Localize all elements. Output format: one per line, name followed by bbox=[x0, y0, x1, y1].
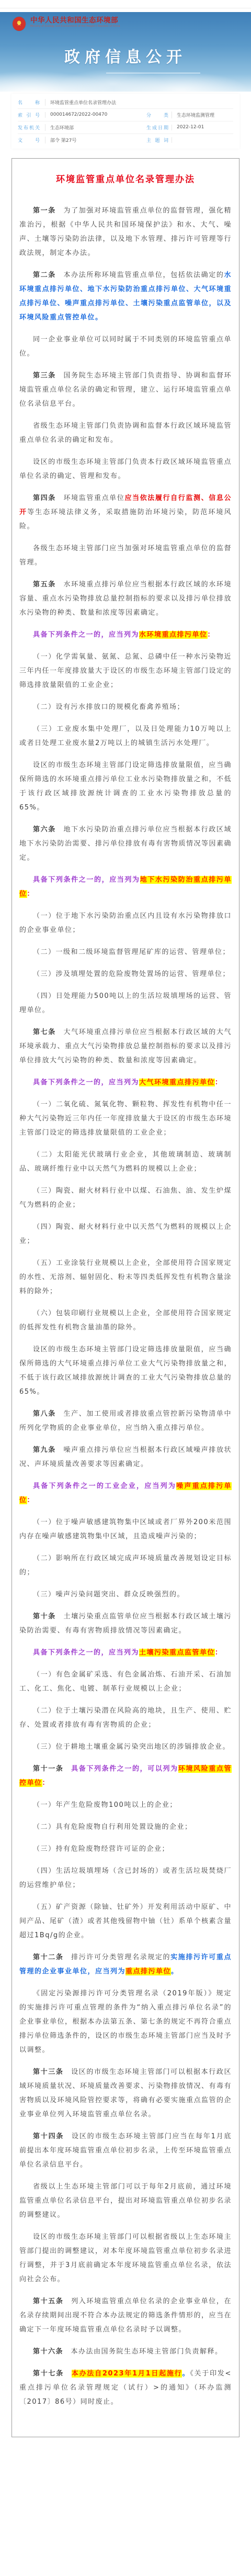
meta-value: 000014672/2022-00470 bbox=[45, 112, 142, 118]
article-paragraph: （二）位于土壤污染潜在风险高的地块，且生产、使用、贮存、处置或者排放有毒有害物质… bbox=[19, 1704, 232, 1732]
text-segment: 环境监管重点单位 bbox=[56, 494, 125, 502]
text-segment: （二）影响所在行政区域完成声环境质量改善规划设定目标的； bbox=[19, 1555, 232, 1576]
article-paragraph: 第十七条 本办法自2023年1月1日起施行。《关于印发<重点排污单位名录管理规定… bbox=[19, 2367, 232, 2409]
text-segment: ： bbox=[42, 1779, 50, 1787]
text-segment: ： bbox=[27, 1496, 35, 1504]
article-paragraph: 具备下列条件之一的工业企业，应当列为噪声重点排污单位： bbox=[19, 1479, 232, 1507]
article-box: 环境监管重点单位名录管理办法 第一条 为了加强对环境监管重点单位的监督管理，强化… bbox=[12, 158, 239, 2437]
text-segment: 具备下列条件之一的，可以列为 bbox=[63, 1765, 178, 1773]
text-segment: 第二条 bbox=[33, 271, 56, 279]
text-segment: 设区的市级生态环境主管部门设定筛选排放量限值，应当确保所筛选的大气环境重点排污单… bbox=[19, 1346, 232, 1396]
meta-row: 发布机关生态环境部生成日期2022-12-01 bbox=[18, 121, 233, 134]
ministry-name-block: 中华人民共和国生态环境部 Ministry of Ecology and Env… bbox=[30, 17, 120, 28]
text-segment: （四）日处理能力500吨以上的生活垃圾填埋场的运营、管理单位。 bbox=[19, 992, 232, 1014]
text-segment: 第十条 bbox=[33, 1613, 56, 1620]
text-segment: 第十一条 bbox=[33, 1765, 63, 1773]
text-segment: 同一企业事业单位可以同时属于不同类别的环境监管重点单位。 bbox=[19, 336, 232, 358]
meta-value: 生态环境监测管理 bbox=[172, 112, 233, 118]
article-paragraph: （六）包装印刷行业规模以上企业，全部使用符合国家规定的低挥发性有机物含量油墨的除… bbox=[19, 1306, 232, 1335]
meta-value bbox=[172, 137, 233, 143]
article-paragraph: 第八条 生产、加工使用或者排放重点管控新污染物清单中所列化学物质的企业事业单位，… bbox=[19, 1407, 232, 1435]
text-segment bbox=[64, 2370, 72, 2378]
text-segment: 设区的市级生态环境主管部门可以根据省级以上生态环境主管部门提出的调整建议，对本年… bbox=[19, 2233, 232, 2283]
text-segment: 第四条 bbox=[33, 494, 56, 502]
text-segment: （一）二氧化硫、氮氧化物、颗粒物、挥发性有机物中任一种大气污染物近三年内任一年度… bbox=[19, 1101, 232, 1137]
meta-row: 文号部令 第27号主题词 bbox=[18, 134, 233, 146]
text-segment: 第八条 bbox=[33, 1410, 56, 1418]
meta-value: 部令 第27号 bbox=[45, 137, 142, 143]
article-paragraph: （二）影响所在行政区域完成声环境质量改善规划设定目标的； bbox=[19, 1551, 232, 1580]
meta-label: 名称 bbox=[18, 99, 40, 106]
text-segment: 第一条 bbox=[33, 207, 56, 215]
text-segment: 具备下列条件之一的，应当列为 bbox=[33, 1649, 139, 1657]
text-segment: （一）位于噪声敏感建筑物集中区域或者厂界外200米范围内存在噪声敏感建筑物集中区… bbox=[19, 1518, 232, 1540]
text-segment: 本办法所称环境监管重点单位，包括依法确定的 bbox=[56, 271, 224, 279]
meta-row: 名称环境监管重点单位名录管理办法 bbox=[18, 96, 233, 109]
meta-value: 环境监管重点单位名录管理办法 bbox=[45, 99, 233, 106]
text-segment: （三）陶瓷、耐火材料行业中以煤、石油焦、油、发生炉煤气为燃料的企业； bbox=[19, 1187, 232, 1209]
text-segment: 土壤污染重点监管单位 bbox=[139, 1649, 215, 1657]
text-segment: （一）年产生危险废物100吨以上的企业； bbox=[33, 1801, 177, 1809]
text-segment: （二）太阳能光伏玻璃行业企业，其他玻璃制造、玻璃制品、玻璃纤维行业中以天然气为燃… bbox=[19, 1151, 232, 1173]
article-paragraph: 具备下列条件之一的，应当列为地下水污染防治重点排污单位： bbox=[19, 873, 232, 901]
text-segment: 。 bbox=[182, 2370, 190, 2378]
article-paragraph: （三）持有危险废物经营许可证的企业； bbox=[19, 1842, 232, 1856]
article-paragraph: 同一企业事业单位可以同时属于不同类别的环境监管重点单位。 bbox=[19, 332, 232, 361]
text-segment: 第五条 bbox=[33, 581, 56, 589]
article-paragraph: 第十条 土壤污染重点监管单位应当根据本行政区域土壤污染防治需要、有毒有害物质排放… bbox=[19, 1609, 232, 1638]
text-segment: 省级生态环境主管部门负责协调和监督本行政区域环境监管重点单位名录的确定和发布。 bbox=[19, 422, 232, 444]
text-segment: 第六条 bbox=[33, 826, 56, 834]
article-paragraph: 第七条 大气环境重点排污单位应当根据本行政区域的大气环境承载力、重点大气污染物排… bbox=[19, 1025, 232, 1068]
meta-label: 生成日期 bbox=[146, 124, 168, 131]
text-segment: 第十四条 bbox=[33, 2133, 64, 2140]
article-paragraph: 《固定污染源排污许可分类管理名录（2019年版）》规定的实施排污许可重点管理的条… bbox=[19, 1986, 232, 2057]
text-segment: 第三条 bbox=[33, 372, 56, 380]
text-segment: （二）设有污水排放口的规模化畜禽养殖场； bbox=[33, 703, 185, 711]
article-paragraph: 第一条 为了加强对环境监管重点单位的监督管理，强化精准治污，根据《中华人民共和国… bbox=[19, 204, 232, 260]
article-paragraph: 第四条 环境监管重点单位应当依法履行自行监测、信息公开等生态环境法律义务，采取措… bbox=[19, 491, 232, 534]
article-paragraph: （二）设有污水排放口的规模化畜禽养殖场； bbox=[19, 700, 232, 714]
text-segment: 设区的市级生态环境主管部门负责本行政区域环境监管重点单位名录的确定、管理和发布。 bbox=[19, 458, 232, 480]
text-segment: 具备下列条件之一的，应当列为 bbox=[33, 1079, 139, 1086]
text-segment: 本办法自2023年1月1日起施行 bbox=[72, 2370, 182, 2378]
text-segment: 第十七条 bbox=[33, 2370, 64, 2378]
text-segment: （四）陶瓷、耐火材料行业中以天然气为燃料的规模以上企业； bbox=[19, 1223, 232, 1245]
article-paragraph: （一）化学需氧量、氨氮、总氮、总磷中任一种水污染物近三年内任一年度排放量大于设区… bbox=[19, 650, 232, 692]
text-segment: （二）具有危险废物自行利用处置设施的企业； bbox=[33, 1823, 192, 1831]
article-paragraph: （五）工业涂装行业规模以上企业，全部使用符合国家规定的水性、无溶剂、辐射固化、粉… bbox=[19, 1256, 232, 1298]
article-paragraph: （一）年产生危险废物100吨以上的企业； bbox=[19, 1798, 232, 1812]
text-segment: （三）工业废水集中处理厂，以及日处理能力10万吨以上或者日处理工业废水量2万吨以… bbox=[19, 725, 232, 747]
text-segment: 排污许可分类管理名录规定的 bbox=[63, 1953, 170, 1961]
meta-row: 索引号000014672/2022-00470分类生态环境监测管理 bbox=[18, 109, 233, 121]
text-segment: （一）化学需氧量、氨氮、总氮、总磷中任一种水污染物近三年内任一年度排放量大于设区… bbox=[19, 653, 232, 689]
article-paragraph: 第九条 噪声重点排污单位应当根据本行政区域噪声排放状况、声环境质量改善要求等因素… bbox=[19, 1443, 232, 1471]
article-paragraph: 具备下列条件之一的，应当列为大气环境重点排污单位： bbox=[19, 1075, 232, 1090]
bottom-spacer bbox=[0, 2437, 251, 2461]
text-segment: 各级生态环境主管部门应当加强对环境监管重点单位的监督管理。 bbox=[19, 545, 232, 567]
article-paragraph: （一）位于噪声敏感建筑物集中区域或者厂界外200米范围内存在噪声敏感建筑物集中区… bbox=[19, 1515, 232, 1544]
text-segment: 。 bbox=[171, 1968, 179, 1975]
article-paragraph: （四）陶瓷、耐火材料行业中以天然气为燃料的规模以上企业； bbox=[19, 1220, 232, 1248]
text-segment: 第十二条 bbox=[33, 1953, 63, 1961]
text-segment: （五）矿产资源（除铀、钍矿外）开发利用活动中原矿、中间产品、尾矿（渣）或者其他残… bbox=[19, 1903, 232, 1939]
meta-label: 发布机关 bbox=[18, 124, 40, 131]
article-paragraph: （一）位于地下水污染防治重点区内且设有水污染物排放口的企业事业单位； bbox=[19, 909, 232, 937]
text-segment: 具备下列条件之一的，应当列为 bbox=[33, 876, 140, 884]
text-segment: 本办法由国务院生态环境主管部门负责解释。 bbox=[63, 2348, 223, 2356]
text-segment: （三）持有危险废物经营许可证的企业； bbox=[33, 1845, 169, 1853]
top-divider-line bbox=[0, 8, 251, 8]
text-segment: ： bbox=[208, 631, 215, 639]
article-paragraph: （三）涉及填埋处置的危险废物处置场的运营、管理单位； bbox=[19, 967, 232, 981]
text-segment: 水环境重点排污单位 bbox=[139, 631, 208, 639]
meta-label: 分类 bbox=[146, 112, 168, 118]
banner-title: 政府信息公开 bbox=[0, 44, 251, 67]
article-paragraph: （三）位于耕地土壤重金属污染突出地区的涉镉排放企业。 bbox=[19, 1740, 232, 1754]
text-segment: 第九条 bbox=[33, 1446, 56, 1454]
article-paragraph: 设区的市级生态环境主管部门设定筛选排放量限值，应当确保所筛选的水环境重点排污单位… bbox=[19, 758, 232, 815]
text-segment: ： bbox=[215, 1079, 223, 1086]
article-paragraph: （四）日处理能力500吨以上的生活垃圾填埋场的运营、管理单位。 bbox=[19, 989, 232, 1017]
text-segment: （三）位于耕地土壤重金属污染突出地区的涉镉排放企业。 bbox=[33, 1743, 230, 1751]
article-paragraph: （二）具有危险废物自行利用处置设施的企业； bbox=[19, 1820, 232, 1834]
text-segment: 《固定污染源排污许可分类管理名录（2019年版）》规定的实施排污许可重点管理的条… bbox=[19, 1990, 232, 2054]
text-segment: （四）生活垃圾填埋场（含已封场的）或者生活垃圾焚烧厂的运营维护单位； bbox=[19, 1867, 232, 1889]
text-segment: （五）工业涂装行业规模以上企业，全部使用符合国家规定的水性、无溶剂、辐射固化、粉… bbox=[19, 1259, 232, 1295]
article-paragraph: 设区的市级生态环境主管部门可以根据省级以上生态环境主管部门提出的调整建议，对本年… bbox=[19, 2230, 232, 2286]
article-paragraph: 各级生态环境主管部门应当加强对环境监管重点单位的监督管理。 bbox=[19, 541, 232, 570]
article-paragraph: 设区的市级生态环境主管部门负责本行政区域环境监管重点单位名录的确定、管理和发布。 bbox=[19, 455, 232, 483]
text-segment: 第十三条 bbox=[33, 2068, 63, 2076]
article-paragraph: 第十三条 设区的市级生态环境主管部门可以根据本行政区域环境质量状况、环境质量改善… bbox=[19, 2065, 232, 2122]
text-segment: 第七条 bbox=[33, 1028, 56, 1036]
text-segment: 等生态环境法律义务，采取措施防治环境污染，防范环境风险。 bbox=[19, 508, 232, 530]
text-segment: 第十五条 bbox=[33, 2297, 63, 2305]
text-segment: 具备下列条件之一的，应当列为 bbox=[33, 631, 139, 639]
text-segment: （一）有色金属矿采选、有色金属冶炼、石油开采、石油加工、化工、焦化、电镀、制革行… bbox=[19, 1671, 232, 1693]
article-paragraph: 第二条 本办法所称环境监管重点单位，包括依法确定的水环境重点排污单位、地下水污染… bbox=[19, 268, 232, 325]
text-segment: ： bbox=[27, 890, 35, 898]
text-segment: 大气环境重点排污单位 bbox=[139, 1079, 215, 1086]
article-paragraph: 第六条 地下水污染防治重点排污单位应当根据本行政区域地下水污染防治需要、排污单位… bbox=[19, 823, 232, 865]
article-title: 环境监管重点单位名录管理办法 bbox=[19, 173, 232, 186]
article-paragraph: 第十二条 排污许可分类管理名录规定的实施排污许可重点管理的企业事业单位，应当列为… bbox=[19, 1950, 232, 1979]
article-paragraph: （一）二氧化硫、氮氧化物、颗粒物、挥发性有机物中任一种大气污染物近三年内任一年度… bbox=[19, 1097, 232, 1140]
site-banner: ★ 中华人民共和国生态环境部 Ministry of Ecology and E… bbox=[0, 12, 251, 92]
meta-table: 名称环境监管重点单位名录管理办法索引号000014672/2022-00470分… bbox=[12, 94, 239, 149]
article-paragraph: （三）陶瓷、耐火材料行业中以煤、石油焦、油、发生炉煤气为燃料的企业； bbox=[19, 1184, 232, 1212]
article-paragraph: （二）一级和二级环境监督管理尾矿库的运营、管理单位； bbox=[19, 945, 232, 959]
article-paragraph: 第三条 国务院生态环境主管部门负责指导、协调和监督环境监管重点单位名录的确定和管… bbox=[19, 369, 232, 411]
article-paragraph: （五）矿产资源（除铀、钍矿外）开发利用活动中原矿、中间产品、尾矿（渣）或者其他残… bbox=[19, 1900, 232, 1942]
ministry-name-en: Ministry of Ecology and Environment of t… bbox=[30, 25, 120, 28]
article-paragraph: 设区的市级生态环境主管部门设定筛选排放量限值，应当确保所筛选的大气环境重点排污单… bbox=[19, 1342, 232, 1399]
meta-label: 文号 bbox=[18, 137, 40, 143]
article-paragraph: 具备下列条件之一的，应当列为土壤污染重点监管单位： bbox=[19, 1646, 232, 1660]
text-segment: （二）一级和二级环境监督管理尾矿库的运营、管理单位； bbox=[33, 948, 230, 956]
article-paragraph: 第五条 水环境重点排污单位应当根据本行政区域的水环境容量、重点水污染物排放总量控… bbox=[19, 578, 232, 620]
article-paragraph: 第十一条 具备下列条件之一的，可以列为环境风险重点管控单位： bbox=[19, 1762, 232, 1790]
article-paragraph: （三）噪声污染问题突出、群众反映强烈的。 bbox=[19, 1587, 232, 1602]
text-segment: 具备下列条件之一的工业企业，应当列为 bbox=[33, 1482, 176, 1490]
meta-value: 2022-12-01 bbox=[172, 125, 233, 130]
text-segment: （六）包装印刷行业规模以上企业，全部使用符合国家规定的低挥发性有机物含量油墨的除… bbox=[19, 1309, 232, 1331]
article-paragraph: 第十四条 设区的市级生态环境主管部门应当在每年1月底前提出本年度环境监管重点单位… bbox=[19, 2129, 232, 2172]
meta-label: 主题词 bbox=[146, 137, 168, 143]
article-paragraph: 第十六条 本办法由国务院生态环境主管部门负责解释。 bbox=[19, 2345, 232, 2359]
banner-underline bbox=[106, 73, 200, 73]
text-segment: （一）位于地下水污染防治重点区内且设有水污染物排放口的企业事业单位； bbox=[19, 912, 232, 934]
site-logo[interactable]: ★ 中华人民共和国生态环境部 Ministry of Ecology and E… bbox=[0, 12, 251, 31]
article-paragraph: （二）太阳能光伏玻璃行业企业，其他玻璃制造、玻璃制品、玻璃纤维行业中以天然气为燃… bbox=[19, 1148, 232, 1176]
article-paragraph: 具备下列条件之一的，应当列为水环境重点排污单位： bbox=[19, 628, 232, 642]
text-segment: （二）位于土壤污染潜在风险高的地块，且生产、使用、贮存、处置或者排放有毒有害物质… bbox=[19, 1707, 232, 1729]
text-segment: 省级以上生态环境主管部门可以于每年2月底前，通过环境监管重点单位名录信息平台，提… bbox=[19, 2183, 232, 2219]
meta-value: 生态环境部 bbox=[45, 124, 142, 131]
ministry-name-cn: 中华人民共和国生态环境部 bbox=[30, 17, 120, 25]
article-body: 第一条 为了加强对环境监管重点单位的监督管理，强化精准治污，根据《中华人民共和国… bbox=[19, 204, 232, 2409]
article-paragraph: 省级生态环境主管部门负责协调和监督本行政区域环境监管重点单位名录的确定和发布。 bbox=[19, 419, 232, 447]
article-paragraph: （一）有色金属矿采选、有色金属冶炼、石油开采、石油加工、化工、焦化、电镀、制革行… bbox=[19, 1668, 232, 1696]
top-strip bbox=[0, 0, 251, 12]
text-segment: 设区的市级生态环境主管部门设定筛选排放量限值，应当确保所筛选的水环境重点排污单位… bbox=[19, 761, 232, 812]
article-paragraph: （四）生活垃圾填埋场（含已封场的）或者生活垃圾焚烧厂的运营维护单位； bbox=[19, 1864, 232, 1892]
article-paragraph: 省级以上生态环境主管部门可以于每年2月底前，通过环境监管重点单位名录信息平台，提… bbox=[19, 2180, 232, 2222]
text-segment: ： bbox=[215, 1649, 223, 1657]
text-segment: 第十六条 bbox=[33, 2348, 63, 2356]
meta-label: 索引号 bbox=[18, 112, 40, 118]
text-segment: （三）噪声污染问题突出、群众反映强烈的。 bbox=[33, 1591, 185, 1598]
article-paragraph: 第十五条 列入环境监管重点单位名录的企业事业单位，在名录存续期间出现不符合本办法… bbox=[19, 2294, 232, 2337]
text-segment: （三）涉及填埋处置的危险废物处置场的运营、管理单位； bbox=[33, 970, 230, 978]
article-paragraph: （三）工业废水集中处理厂，以及日处理能力10万吨以上或者日处理工业废水量2万吨以… bbox=[19, 722, 232, 750]
text-segment: 重点排污单位 bbox=[125, 1968, 171, 1975]
national-emblem-icon: ★ bbox=[13, 17, 26, 31]
